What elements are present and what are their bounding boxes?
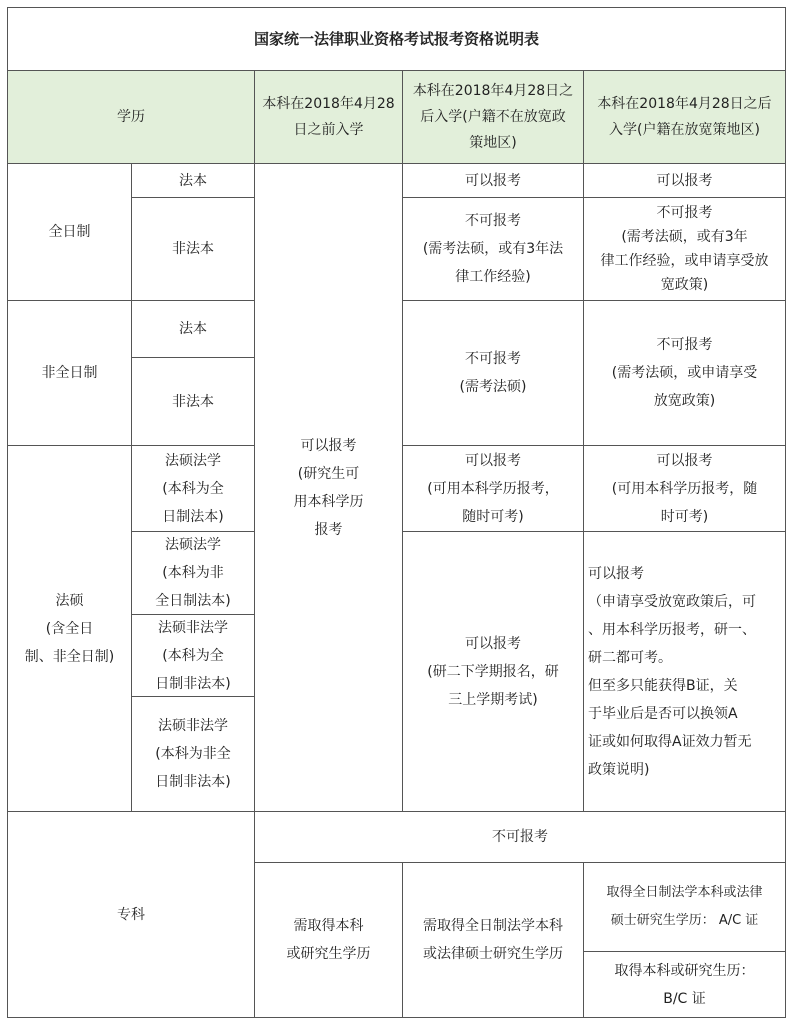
cell-line: 可以报考 [657, 167, 713, 195]
cell-line: (可用本科学历报考，随 [612, 475, 757, 503]
fulltime-nonlaw: 非法本 [131, 197, 255, 301]
cell-line: 取得本科或研究生历： [615, 957, 755, 985]
header-line: 日之前入学 [294, 117, 364, 143]
cell-line: 报考 [315, 516, 343, 544]
jm-nonlaw-parttime: 法硕非法学 (本科为非全 日制非法本) [131, 696, 255, 812]
group-jm: 法硕 (含全日 制、非全日制) [7, 445, 132, 812]
cell-line: 不可报考 [465, 345, 521, 373]
cell-line: 用本科学历 [294, 488, 364, 516]
table-title: 国家统一法律职业资格考试报考资格说明表 [7, 7, 786, 71]
header-line: 策地区) [469, 130, 516, 156]
group-label: 非全日制 [42, 359, 98, 387]
junior-col2: 需取得全日制法学本科 或法律硕士研究生学历 [402, 862, 584, 1018]
header-line: 本科在2018年4月28日之后 [597, 91, 771, 117]
cell-line: (需考法硕，或申请享受 [612, 359, 757, 387]
group-label: 全日制 [49, 218, 91, 246]
cell-line: 但至多只能获得B证，关 [588, 672, 738, 700]
cell-line: 随时可考) [462, 503, 523, 531]
cell-line: 政策说明) [588, 756, 649, 784]
group-fulltime: 全日制 [7, 163, 132, 301]
header-education: 学历 [7, 70, 255, 164]
sub-label: 法本 [179, 167, 207, 195]
cell-line: 硕士研究生学历： A/C 证 [611, 907, 759, 935]
sub-label: 法硕法学 [165, 531, 221, 559]
sub-label: 非法本 [172, 388, 214, 416]
sub-label: 非法本 [172, 235, 214, 263]
cell-line: (需考法硕，或有3年法 [423, 235, 563, 263]
junior-col3-top: 取得全日制法学本科或法律 硕士研究生学历： A/C 证 [583, 862, 786, 952]
sub-label: (本科为非 [162, 559, 223, 587]
sub-label: 法硕非法学 [158, 712, 228, 740]
sub-label: 日制法本) [162, 503, 223, 531]
cell-line: (需考法硕，或有3年 [621, 225, 747, 249]
header-education-label: 学历 [117, 104, 145, 130]
group-label: 法硕 [56, 587, 84, 615]
sub-label: (本科为非全 [155, 740, 230, 768]
header-line: 入学(户籍在放宽策地区) [609, 117, 760, 143]
group-junior-college: 专科 [7, 811, 255, 1018]
cell-line: 需取得本科 [294, 912, 364, 940]
group-label: 专科 [117, 901, 145, 929]
col2-jm-nonlaw: 可以报考 (研二下学期报名，研 三上学期考试) [402, 531, 584, 812]
cell-line: 可以报考 [465, 447, 521, 475]
cell-line: B/C 证 [663, 985, 706, 1013]
header-before-2018: 本科在2018年4月28 日之前入学 [254, 70, 403, 164]
junior-col3-bottom: 取得本科或研究生历： B/C 证 [583, 951, 786, 1018]
junior-merged-not-eligible: 不可报考 [254, 811, 786, 863]
fulltime-law: 法本 [131, 163, 255, 198]
group-parttime: 非全日制 [7, 300, 132, 446]
col3-fulltime-law: 可以报考 [583, 163, 786, 198]
cell-line: 可以报考 [588, 560, 644, 588]
col2-fulltime-nonlaw: 不可报考 (需考法硕，或有3年法 律工作经验) [402, 197, 584, 301]
cell-line: 、用本科学历报考，研一、 [588, 616, 756, 644]
cell-line: 需取得全日制法学本科 [423, 912, 563, 940]
jm-nonlaw-fulltime: 法硕非法学 (本科为全 日制非法本) [131, 614, 255, 697]
cell-line: 或研究生学历 [287, 940, 371, 968]
cell-line: 不可报考 [657, 331, 713, 359]
sub-label: (本科为全 [162, 642, 223, 670]
cell-line: 可以报考 [301, 432, 357, 460]
cell-line: （申请享受放宽政策后，可 [588, 588, 756, 616]
header-after-2018-non-relaxed: 本科在2018年4月28日之 后入学(户籍不在放宽政 策地区) [402, 70, 584, 164]
parttime-law: 法本 [131, 300, 255, 358]
parttime-nonlaw: 非法本 [131, 357, 255, 446]
header-after-2018-relaxed: 本科在2018年4月28日之后 入学(户籍在放宽策地区) [583, 70, 786, 164]
col2-parttime: 不可报考 (需考法硕) [402, 300, 584, 446]
cell-line: (研究生可 [298, 460, 359, 488]
sub-label: 法硕法学 [165, 447, 221, 475]
cell-line: 不可报考 [465, 207, 521, 235]
cell-line: 三上学期考试) [448, 686, 537, 714]
cell-line: 律工作经验) [455, 263, 530, 291]
group-label: 制、非全日制) [25, 643, 114, 671]
col2-fulltime-law: 可以报考 [402, 163, 584, 198]
cell-line: 证或如何取得A证效力暂无 [588, 728, 752, 756]
col3-parttime: 不可报考 (需考法硕，或申请享受 放宽政策) [583, 300, 786, 446]
cell-line: 不可报考 [657, 201, 713, 225]
cell-line: (研二下学期报名，研 [427, 658, 558, 686]
cell-line: 研二都可考。 [588, 644, 672, 672]
cell-line: (需考法硕) [460, 373, 527, 401]
col3-fulltime-nonlaw: 不可报考 (需考法硕，或有3年 律工作经验，或申请享受放 宽政策) [583, 197, 786, 301]
cell-line: 可以报考 [465, 630, 521, 658]
cell-line: 可以报考 [657, 447, 713, 475]
cell-line: 律工作经验，或申请享受放 [601, 249, 769, 273]
cell-line: 或法律硕士研究生学历 [423, 940, 563, 968]
sub-label: (本科为全 [162, 475, 223, 503]
col3-jm-law: 可以报考 (可用本科学历报考，随 时可考) [583, 445, 786, 532]
before-2018-merged: 可以报考 (研究生可 用本科学历 报考 [254, 163, 403, 812]
sub-label: 法本 [179, 315, 207, 343]
cell-line: 宽政策) [661, 273, 708, 297]
cell-line: 可以报考 [465, 167, 521, 195]
junior-col1: 需取得本科 或研究生学历 [254, 862, 403, 1018]
sub-label: 全日制法本) [155, 587, 230, 615]
header-line: 后入学(户籍不在放宽政 [420, 104, 565, 130]
header-line: 本科在2018年4月28 [262, 91, 394, 117]
col2-jm-law: 可以报考 (可用本科学历报考， 随时可考) [402, 445, 584, 532]
group-label: (含全日 [46, 615, 93, 643]
header-line: 本科在2018年4月28日之 [413, 78, 573, 104]
cell-line: 取得全日制法学本科或法律 [606, 879, 762, 907]
cell-line: (可用本科学历报考， [427, 475, 558, 503]
cell-line: 放宽政策) [654, 387, 715, 415]
jm-law-fulltime: 法硕法学 (本科为全 日制法本) [131, 445, 255, 532]
cell-line: 不可报考 [492, 823, 548, 851]
jm-law-parttime: 法硕法学 (本科为非 全日制法本) [131, 531, 255, 615]
col3-jm-nonlaw: 可以报考 （申请享受放宽政策后，可 、用本科学历报考，研一、 研二都可考。 但至… [583, 531, 786, 812]
sub-label: 日制非法本) [155, 670, 230, 698]
eligibility-table: 国家统一法律职业资格考试报考资格说明表 学历 本科在2018年4月28 日之前入… [0, 0, 792, 1024]
cell-line: 于毕业后是否可以换领A [588, 700, 738, 728]
sub-label: 日制非法本) [155, 768, 230, 796]
cell-line: 时可考) [661, 503, 708, 531]
sub-label: 法硕非法学 [158, 614, 228, 642]
title-text: 国家统一法律职业资格考试报考资格说明表 [254, 25, 539, 53]
